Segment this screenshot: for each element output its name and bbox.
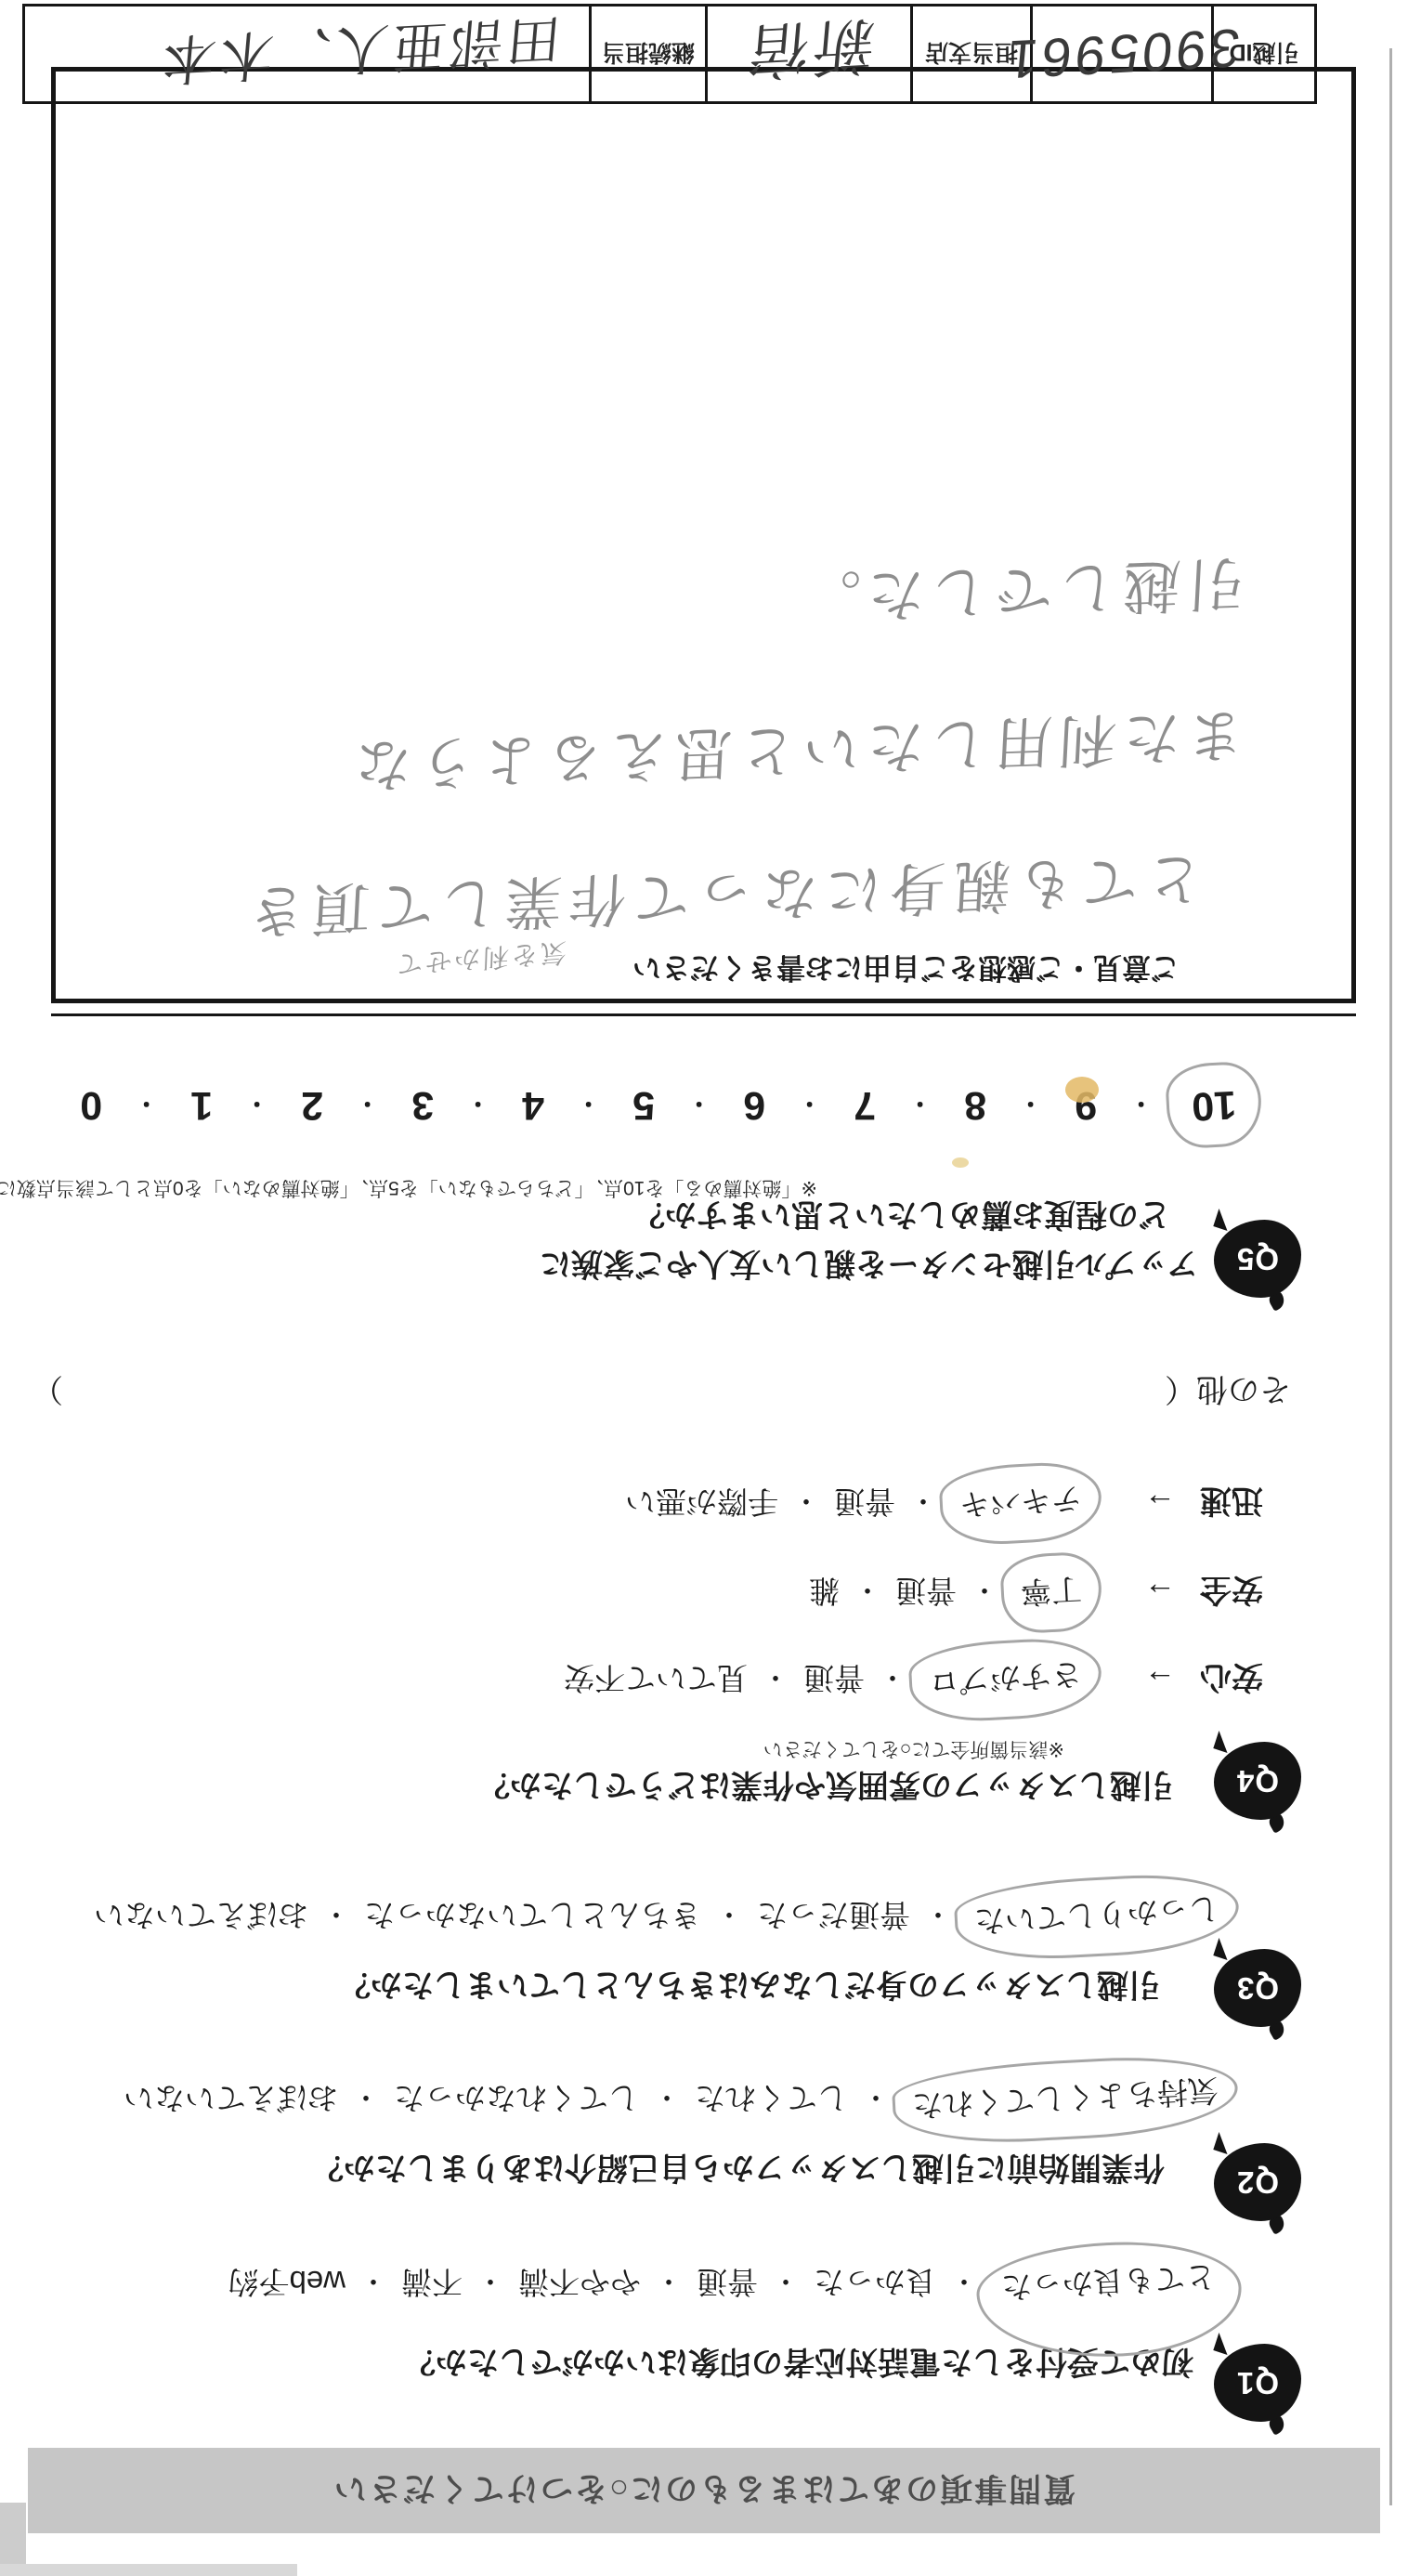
separator-dot: ・ [798, 1088, 822, 1122]
option-3: 見ていて不安 [564, 1658, 748, 1702]
follow-up-staff-label-cell: 継続担当 [589, 7, 705, 101]
q4-mascot-icon: Q4 [1210, 1738, 1305, 1825]
q3-mascot-icon: Q3 [1210, 1945, 1305, 2033]
move-id-value-cell: 3905961 [1030, 7, 1211, 101]
separator-dot: ・ [1129, 1088, 1154, 1122]
option-2: 普通だった [757, 1895, 910, 1939]
q4-row-anzen-options: 丁寧・普通・雑 [809, 1568, 1090, 1617]
option-9: 2 [301, 1082, 323, 1128]
staff-info-table: 引越ID 3905961 担当支店 新宿 継続担当 田部亜人、木本 [22, 4, 1317, 104]
option-circled: テキパキ [938, 1460, 1103, 1548]
option-5: 6 [743, 1082, 765, 1128]
option-5: 不満 [401, 2262, 463, 2306]
q2-number: Q2 [1236, 2164, 1279, 2200]
q2-title: 作業開始前に引越しスタッフから自己紹介はありましたか？ [312, 2148, 1165, 2193]
q2-options: 気持ちよくしてくれた・してくれた・してくれなかった・おぼえていない [124, 2075, 1227, 2125]
handwritten-line-2: また利用したいと思えるような [345, 698, 1246, 812]
option-10: 1 [190, 1082, 213, 1128]
separator-dot: ・ [356, 1088, 380, 1122]
separator-dot: ・ [762, 1660, 789, 1701]
q4-row-label: 安心 [1200, 1657, 1263, 1703]
q3-options: しっかりしていた・普通だった・きちんとしていなかった・おぼえていない [94, 1892, 1228, 1942]
option-circled: 気持ちよくしてくれた [891, 2051, 1240, 2148]
q5-note: ※「絶対薦める」を10点、「どちらでもない」を5点、「絶対薦めない」を0点として… [0, 1175, 817, 1203]
separator-dot: ・ [908, 1088, 932, 1122]
separator-dot: ・ [653, 2080, 681, 2121]
option-8: 3 [411, 1082, 434, 1128]
separator-dot: ・ [135, 1088, 159, 1122]
q4-other-field-label: その他（ [1165, 1369, 1291, 1415]
q4-note: ※該当箇所全てに○をしてください [763, 1736, 1064, 1764]
q5-title-line1: アップル引越センターを親しい友人やご家族に [540, 1244, 1198, 1289]
option-3: きちんとしていなかった [364, 1895, 701, 1939]
separator-dot: ・ [772, 2264, 800, 2305]
separator-dot: ・ [971, 1573, 998, 1614]
q4-row-jinsoku: 迅速 → テキパキ・普通・手際が悪い [625, 1479, 1263, 1528]
instruction-banner: 質問事項のあてはまるものに○をつけてください [28, 2448, 1380, 2533]
branch-value-cell: 新宿 [705, 7, 910, 101]
option-4: やや不満 [518, 2262, 641, 2306]
scanner-bottom-shadow [0, 2564, 297, 2576]
q4-other-field-close: ） [32, 1369, 63, 1415]
option-circled: 丁寧 [999, 1550, 1103, 1635]
q4-row-anzen: 安全 → 丁寧・普通・雑 [809, 1568, 1263, 1617]
q4-row-label: 安全 [1200, 1570, 1263, 1615]
arrow-icon: → [1144, 1662, 1176, 1698]
q4-row-anshin-options: さすがプロ・普通・見ていて不安 [564, 1655, 1090, 1705]
instruction-banner-text: 質問事項のあてはまるものに○をつけてください [332, 2467, 1076, 2514]
separator-dot: ・ [909, 1484, 937, 1524]
scanned-survey-sheet: { "separator": "・", "banner": { "text": … [0, 0, 1408, 2576]
option-3: してくれなかった [394, 2078, 639, 2122]
q3-title: 引越しスタッフの身だしなみはきちんとしていましたか？ [339, 1965, 1160, 2010]
q1-mascot-icon: Q1 [1210, 2340, 1305, 2427]
separator-dot: ・ [352, 2080, 380, 2121]
separator-dot: ・ [577, 1088, 601, 1122]
q4-row-label: 迅速 [1200, 1481, 1263, 1526]
staff-names-cell: 田部亜人、木本 [25, 7, 589, 101]
upside-down-document: 質問事項のあてはまるものに○をつけてください Q1 初めて受付をした電話対応者の… [0, 0, 1408, 2576]
option-circled: さすがプロ [907, 1636, 1103, 1725]
option-4: おぼえていない [94, 1895, 308, 1939]
option-11: 0 [80, 1082, 102, 1128]
option-2: 普通 [895, 1571, 957, 1615]
option-circled: 10 [1165, 1060, 1263, 1149]
comment-box-rule [51, 1013, 1356, 1016]
arrow-icon: → [1144, 1485, 1176, 1522]
comment-box: ご意見・ご感想をご自由にお書きください 気を利かせて とても親身になって作業して… [51, 67, 1356, 1003]
separator-dot: ・ [245, 1088, 269, 1122]
separator-dot: ・ [950, 2264, 978, 2305]
separator-dot: ・ [655, 2264, 683, 2305]
option-3: 手際が悪い [625, 1482, 778, 1525]
option-4: 7 [854, 1082, 876, 1128]
option-2: 普通 [803, 1658, 865, 1702]
handwritten-line-3: 引越しでした。 [794, 545, 1246, 644]
comment-box-label: ご意見・ご感想をご自由にお書きください [632, 949, 1180, 991]
q4-number: Q4 [1236, 1763, 1279, 1798]
arrow-icon: → [1144, 1575, 1176, 1611]
q5-mascot-icon: Q5 [1210, 1216, 1305, 1303]
separator-dot: ・ [924, 1897, 952, 1938]
option-2: 普通 [834, 1482, 895, 1525]
option-circled: しっかりしていた [953, 1870, 1241, 1964]
separator-dot: ・ [687, 1088, 711, 1122]
handwritten-line-1: とても親身になって作業して頂き [240, 842, 1205, 958]
q2-mascot-icon: Q2 [1210, 2139, 1305, 2227]
separator-dot: ・ [322, 1897, 350, 1938]
q1-number: Q1 [1236, 2365, 1279, 2400]
separator-dot: ・ [879, 1660, 906, 1701]
separator-dot: ・ [715, 1897, 743, 1938]
q4-row-jinsoku-options: テキパキ・普通・手際が悪い [625, 1479, 1090, 1528]
option-2: 良かった [814, 2262, 936, 2306]
separator-dot: ・ [466, 1088, 490, 1122]
stain-blob [1065, 1077, 1099, 1103]
separator-dot: ・ [862, 2080, 890, 2121]
option-4: おぼえていない [124, 2078, 338, 2122]
option-3: 8 [964, 1082, 986, 1128]
separator-dot: ・ [1019, 1088, 1043, 1122]
option-3: 普通 [697, 2262, 758, 2306]
separator-dot: ・ [359, 2264, 387, 2305]
paper-edge-shadow [1389, 48, 1392, 2505]
option-6: 5 [632, 1082, 655, 1128]
stain-small-blob [952, 1157, 969, 1168]
separator-dot: ・ [854, 1573, 881, 1614]
q1-options: とても良かった・良かった・普通・やや不満・不満・web予約 [228, 2259, 1227, 2308]
option-6: web予約 [228, 2262, 345, 2306]
option-2: してくれた [695, 2078, 848, 2122]
separator-dot: ・ [476, 2264, 504, 2305]
separator-dot: ・ [792, 1484, 820, 1524]
q3-number: Q3 [1236, 1970, 1279, 2006]
option-7: 4 [522, 1082, 544, 1128]
q4-title: 引越しスタッフの雰囲気や作業はどうでしたか？ [478, 1765, 1173, 1811]
q4-row-anshin: 安心 → さすがプロ・普通・見ていて不安 [564, 1655, 1263, 1705]
option-3: 雑 [809, 1571, 840, 1615]
q5-number: Q5 [1236, 1241, 1279, 1276]
